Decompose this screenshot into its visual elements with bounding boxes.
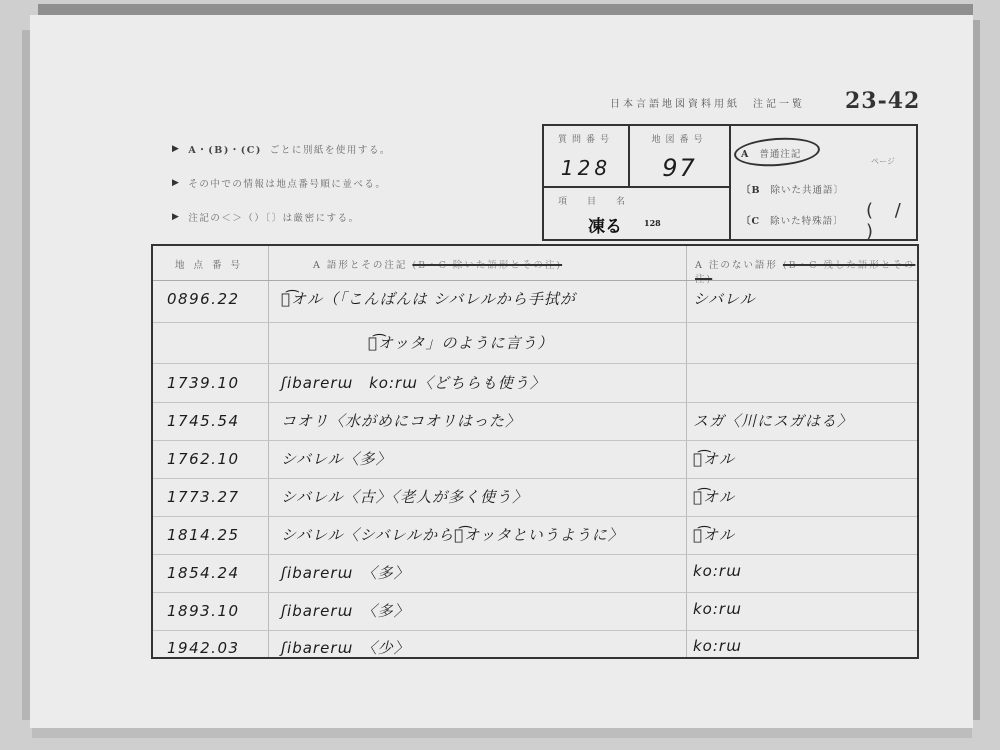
plain-word-form: ko:rɯ: [693, 562, 742, 580]
row-rule: [153, 516, 917, 517]
row-rule: [153, 592, 917, 593]
point-number: 1745.54: [167, 412, 240, 430]
word-form-note: ʃibarerɯ 〈多〉: [281, 600, 410, 621]
question-number-label: 質問番号: [544, 132, 628, 145]
plain-word-form: シバレル: [693, 288, 756, 309]
row-rule: [153, 440, 917, 441]
item-name-cell: 項目名 凍る 128: [544, 188, 731, 241]
word-form-note: ʃibarerɯ ko:rɯ〈どちらも使う〉: [281, 372, 546, 393]
table-row: 1854.24ʃibarerɯ 〈多〉ko:rɯ: [153, 556, 917, 592]
instruction-prefix: A・(B)・(C): [188, 142, 261, 156]
table-row: コ͡オッタ」のように言う）: [153, 326, 917, 362]
column-header-form: A 語形とその注記 (B・C 除いた語形とその注): [313, 257, 562, 271]
option-c: 〔C除いた特殊語〕: [741, 213, 844, 227]
card-holder-bottom-edge: [32, 728, 972, 738]
instruction-text: ごとに別紙を使用する。: [270, 142, 391, 156]
triangle-bullet-icon: ▶: [172, 178, 180, 188]
table-row: 1814.25シバレル〈シバレルからコ͡オッタというように〉コ͡オル: [153, 518, 917, 554]
point-number: 1739.10: [167, 374, 240, 392]
point-number: 1942.03: [167, 639, 240, 657]
point-number: 1773.27: [167, 488, 240, 506]
question-number-value: 128: [544, 156, 628, 180]
table-row: 0896.22コ͡オル（「こんばんは シバレルから手拭がシバレル: [153, 282, 917, 318]
word-form-note: シバレル〈古〉〈老人が多く使う〉: [281, 486, 528, 507]
point-number: 1762.10: [167, 450, 240, 468]
word-form-note: コオリ〈水がめにコオリはった〉: [281, 410, 521, 431]
column-header-text: A 注のない語形: [695, 260, 778, 271]
row-rule: [153, 554, 917, 555]
option-label: 除いた特殊語〕: [770, 216, 844, 227]
item-number: 128: [644, 218, 661, 228]
row-rule: [153, 478, 917, 479]
instruction-text: その中での情報は地点番号順に並べる。: [188, 176, 386, 190]
column-header-plain: A 注のない語形 (B・C 残した語形とその注): [695, 257, 917, 285]
plain-word-form: スガ〈川にスガはる〉: [693, 410, 853, 431]
option-label: 普通注記: [759, 149, 801, 160]
map-number-cell: 地図番号 97: [630, 126, 731, 188]
notes-table: 地点番号 A 語形とその注記 (B・C 除いた語形とその注) A 注のない語形 …: [151, 244, 919, 659]
option-key: A: [741, 149, 749, 160]
table-row: 1762.10シバレル〈多〉コ͡オル: [153, 442, 917, 478]
column-header-text: A 語形とその注記: [313, 260, 407, 271]
table-row: 1745.54コオリ〈水がめにコオリはった〉スガ〈川にスガはる〉: [153, 404, 917, 440]
table-row: 1893.10ʃibarerɯ 〈多〉ko:rɯ: [153, 594, 917, 630]
option-key: 〔B: [741, 185, 761, 196]
table-header: 地点番号 A 語形とその注記 (B・C 除いた語形とその注) A 注のない語形 …: [153, 246, 917, 281]
question-number-cell: 質問番号 128: [544, 126, 630, 188]
word-form-note: ʃibarerɯ 〈多〉: [281, 562, 410, 583]
plain-word-form: コ͡オル: [693, 486, 735, 507]
map-number-label: 地図番号: [630, 132, 729, 145]
point-number: 1893.10: [167, 602, 240, 620]
page-label: ページ: [871, 156, 895, 167]
table-row: 1942.03ʃibarerɯ 〈少〉ko:rɯ: [153, 631, 917, 667]
triangle-bullet-icon: ▶: [172, 144, 180, 154]
option-b: 〔B除いた共通語〕: [741, 182, 844, 196]
form-title: 日本言語地図資料用紙 注記一覧: [610, 95, 805, 110]
card-holder-right-edge: [972, 20, 980, 720]
category-cell: A普通注記 〔B除いた共通語〕 〔C除いた特殊語〕 ページ ( / ): [731, 126, 916, 241]
instruction-item: ▶ その中での情報は地点番号順に並べる。: [172, 177, 391, 189]
column-header-point: 地点番号: [175, 257, 249, 271]
column-header-struck: (B・C 除いた語形とその注): [412, 260, 562, 271]
table-row: 1739.10ʃibarerɯ ko:rɯ〈どちらも使う〉: [153, 366, 917, 402]
row-rule: [153, 402, 917, 403]
point-number: 1854.24: [167, 564, 240, 582]
instruction-text: 注記の＜＞（）〔〕は厳密にする。: [188, 210, 359, 224]
header-box: 質問番号 128 地図番号 97 項目名 凍る 128 A普通注記 〔B除いた共…: [542, 124, 918, 241]
plain-word-form: コ͡オル: [693, 448, 735, 469]
triangle-bullet-icon: ▶: [172, 212, 180, 222]
word-form-note: シバレル〈シバレルからコ͡オッタというように〉: [281, 524, 624, 545]
item-name-label: 項目名: [558, 194, 645, 207]
instruction-item: ▶ A・(B)・(C) ごとに別紙を使用する。: [172, 143, 391, 155]
row-rule: [153, 363, 917, 364]
row-rule: [153, 322, 917, 323]
word-form-note: ʃibarerɯ 〈少〉: [281, 637, 410, 658]
plain-word-form: ko:rɯ: [693, 600, 742, 618]
plain-word-form: コ͡オル: [693, 524, 735, 545]
word-form-note: コ͡オッタ」のように言う）: [368, 332, 554, 353]
word-form-note: シバレル〈多〉: [281, 448, 392, 469]
option-a: A普通注記: [741, 146, 801, 160]
option-label: 除いた共通語〕: [771, 185, 845, 196]
map-number-value: 97: [630, 154, 729, 182]
point-number: 1814.25: [167, 526, 240, 544]
form-number: 23-42: [845, 88, 920, 114]
instruction-item: ▶ 注記の＜＞（）〔〕は厳密にする。: [172, 211, 391, 223]
page-value: ( / ): [866, 200, 916, 242]
option-key: 〔C: [741, 216, 760, 227]
item-name-value: 凍る: [588, 212, 622, 237]
instructions: ▶ A・(B)・(C) ごとに別紙を使用する。 ▶ その中での情報は地点番号順に…: [172, 143, 391, 245]
word-form-note: コ͡オル（「こんばんは シバレルから手拭が: [281, 288, 576, 309]
plain-word-form: ko:rɯ: [693, 637, 742, 655]
point-number: 0896.22: [167, 290, 240, 308]
table-row: 1773.27シバレル〈古〉〈老人が多く使う〉コ͡オル: [153, 480, 917, 516]
